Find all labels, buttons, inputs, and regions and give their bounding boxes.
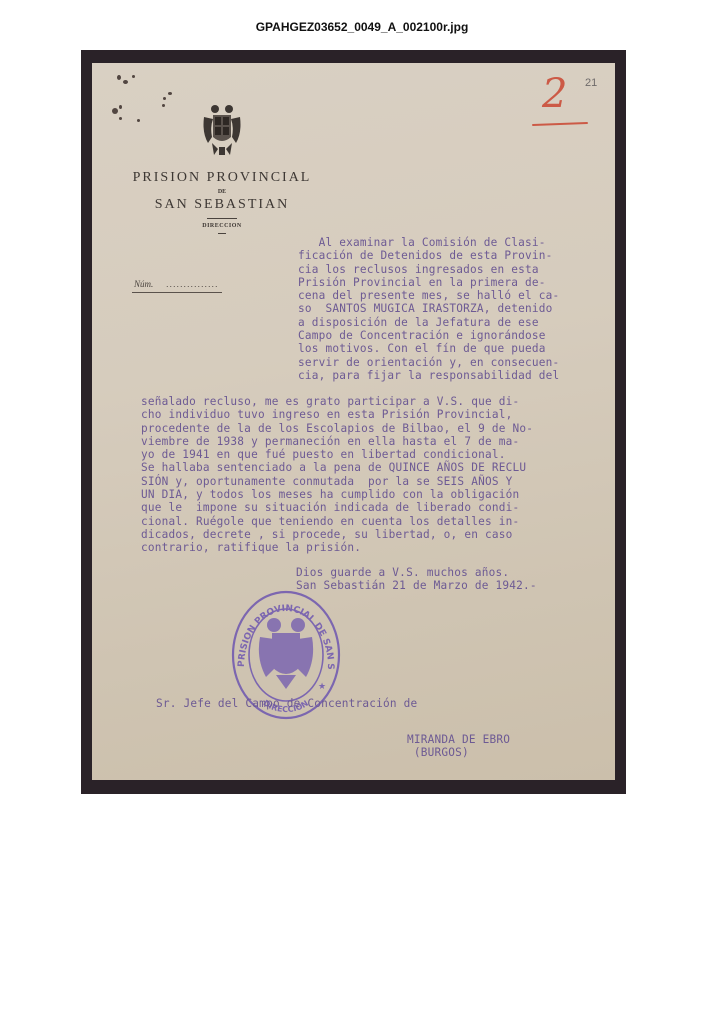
reference-underline: [132, 292, 222, 293]
text-line: cho individuo tuvo ingreso en esta Prisi…: [141, 408, 533, 421]
punch-hole-mark: [123, 80, 128, 84]
reference-number-label: Núm.: [134, 279, 153, 289]
page-number-pencil: 21: [585, 77, 597, 89]
text-line: que le impone su situación indicada de l…: [141, 501, 533, 514]
salutation: Dios guarde a V.S. muchos años.: [296, 566, 537, 579]
text-line: cia los reclusos ingresados en esta: [298, 263, 559, 276]
eagle-coat-of-arms-icon: [200, 103, 244, 159]
letterhead-divider: [207, 218, 237, 219]
text-line: cena del presente mes, se halló el ca-: [298, 289, 559, 302]
page-number-red: 2: [542, 71, 567, 117]
text-line: so SANTOS MUGICA IRASTORZA, detenido: [298, 302, 559, 315]
page-number-underline: [532, 122, 588, 126]
text-line: ficación de Detenidos de esta Provin-: [298, 249, 559, 262]
document-page: PRISION PROVINCIAL DE SAN SEBASTIAN DIRE…: [92, 63, 615, 780]
letterhead: PRISION PROVINCIAL DE SAN SEBASTIAN DIRE…: [122, 103, 322, 234]
text-line: los motivos. Con el fín de que pueda: [298, 342, 559, 355]
text-line: señalado recluso, me es grato participar…: [141, 395, 533, 408]
text-line: servir de orientación y, en consecuen-: [298, 356, 559, 369]
reference-number-value: ...............: [166, 279, 219, 289]
text-line: viembre de 1938 y permaneción en ella ha…: [141, 435, 533, 448]
place-province: (BURGOS): [407, 746, 510, 759]
page-number-annotation: 2 21: [532, 75, 612, 135]
text-line: SIÓN y, oportunamente conmutada por la s…: [141, 475, 533, 488]
body-paragraph-intro: Al examinar la Comisión de Clasi-ficació…: [298, 236, 559, 382]
file-name-caption: GPAHGEZ03652_0049_A_002100r.jpg: [0, 20, 724, 34]
text-line: procedente de la de los Escolapios de Bi…: [141, 422, 533, 435]
text-line: contrario, ratifique la prisión.: [141, 541, 533, 554]
body-paragraph-main: señalado recluso, me es grato participar…: [141, 395, 533, 555]
text-line: Campo de Concentración e ignorándose: [298, 329, 559, 342]
text-line: dicados, decrete , si procede, su libert…: [141, 528, 533, 541]
department-label: DIRECCION: [122, 223, 322, 229]
punch-hole-mark: [132, 75, 135, 78]
punch-hole-mark: [163, 97, 166, 100]
text-line: cia, para fijar la responsabilidad del: [298, 369, 559, 382]
punch-hole-mark: [117, 75, 121, 80]
letterhead-divider-short: [218, 233, 226, 234]
institution-city: SAN SEBASTIAN: [122, 197, 322, 213]
text-line: yo de 1941 en que fué puesto en libertad…: [141, 448, 533, 461]
institution-name: PRISION PROVINCIAL: [122, 170, 322, 186]
text-line: UN DIA, y todos los meses ha cumplido co…: [141, 488, 533, 501]
text-line: Al examinar la Comisión de Clasi-: [298, 236, 559, 249]
punch-hole-mark: [168, 92, 172, 95]
text-line: Prisión Provincial en la primera de-: [298, 276, 559, 289]
text-line: Se hallaba sentenciado a la pena de QUIN…: [141, 461, 533, 474]
addressee-line: Sr. Jefe del Campo de Concentración de: [156, 697, 417, 710]
punch-hole-mark: [112, 108, 118, 114]
svg-text:★: ★: [318, 681, 326, 691]
text-line: a disposición de la Jefatura de ese: [298, 316, 559, 329]
text-line: cional. Ruégole que teniendo en cuenta l…: [141, 515, 533, 528]
place-city: MIRANDA DE EBRO: [407, 733, 510, 746]
addressee-place: MIRANDA DE EBRO (BURGOS): [407, 733, 510, 760]
letterhead-de: DE: [122, 189, 322, 195]
scan-frame: PRISION PROVINCIAL DE SAN SEBASTIAN DIRE…: [81, 50, 626, 794]
